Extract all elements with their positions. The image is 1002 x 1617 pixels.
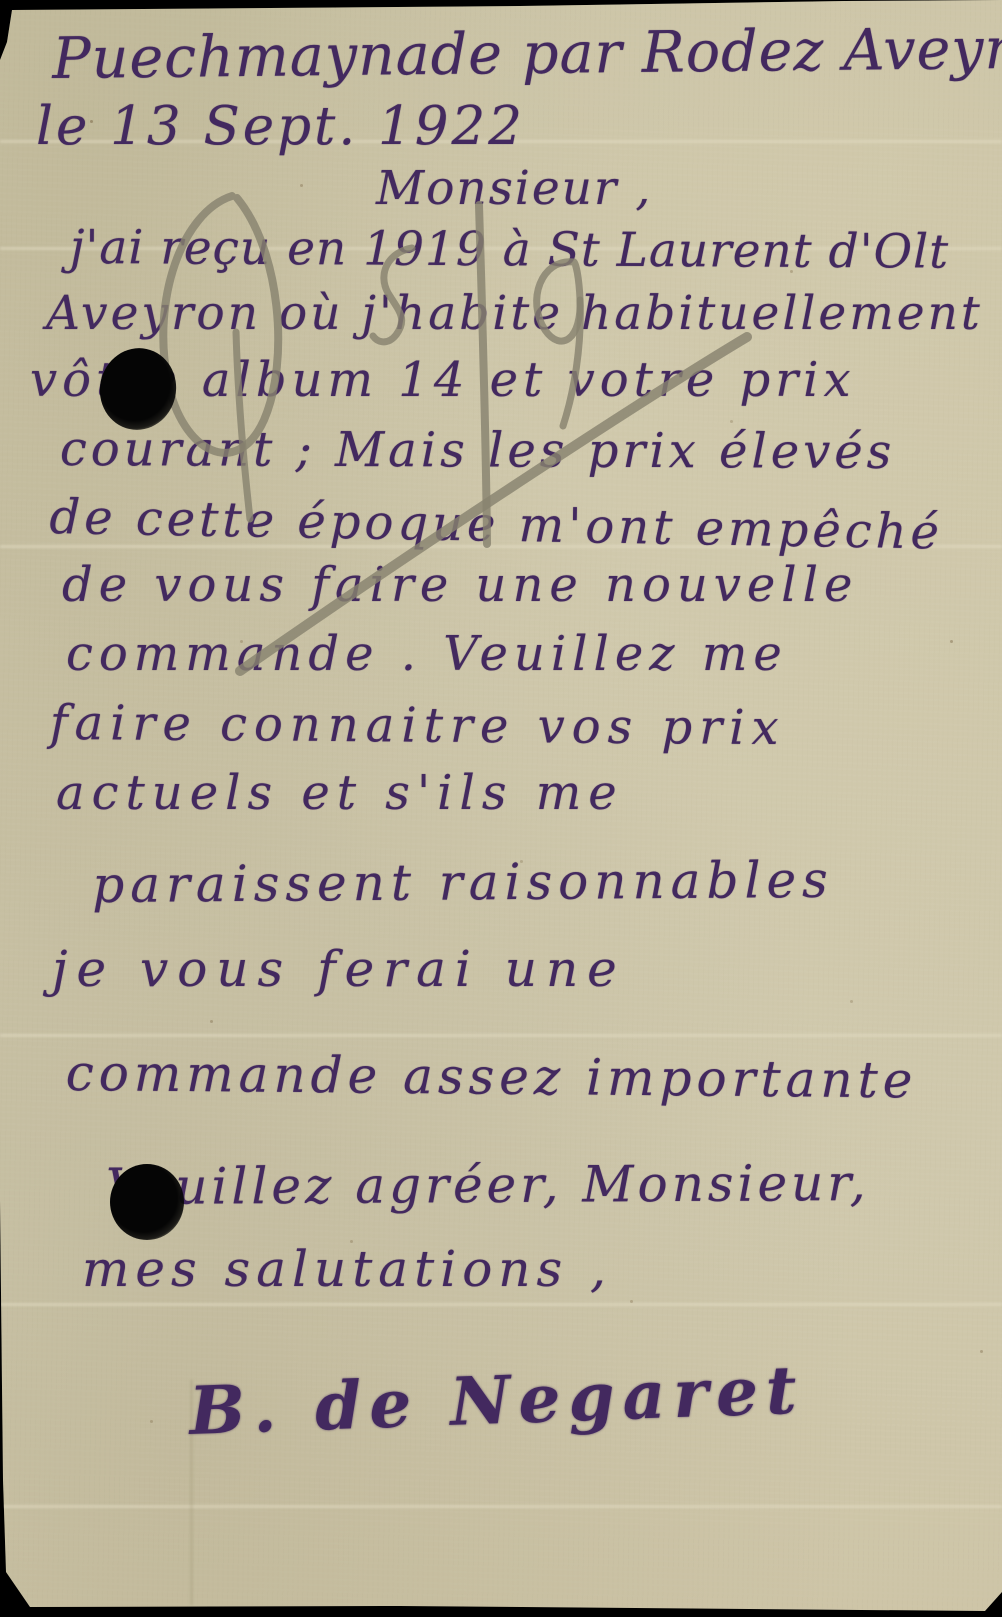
body-line: j'ai reçu en 1919 à St Laurent d'Olt [70, 220, 949, 280]
body-line: courant ; Mais les prix élevés [60, 421, 896, 480]
closing-line: Veuillez agréer, Monsieur, [106, 1154, 870, 1216]
body-line: commande assez importante [65, 1044, 917, 1109]
body-line: actuels et s'ils me [56, 765, 624, 821]
paper-crease [0, 1034, 1002, 1037]
postcard-paper: Puechmaynade par Rodez Aveyron le 13 Sep… [0, 0, 1002, 1617]
closing-line: mes salutations , [82, 1240, 612, 1298]
body-line: paraissent raisonnables [92, 851, 834, 914]
paper-crease [0, 1505, 1002, 1508]
scanned-postcard-page: { "page": { "background_color": "#000000… [0, 0, 1002, 1617]
salutation-line: Monsieur , [376, 161, 652, 216]
punch-hole [110, 1164, 184, 1240]
signature-line: B. de Negaret [188, 1351, 806, 1450]
body-line: Aveyron où j'habite habituellement [46, 286, 983, 341]
body-line: de vous faire une nouvelle [62, 557, 858, 613]
place-line: Puechmaynade par Rodez Aveyron [52, 15, 1002, 92]
body-line: je vous ferai une [52, 940, 626, 998]
body-line: de cette époque m'ont empêché [49, 489, 943, 561]
paper-crease [0, 1303, 1002, 1306]
body-line: commande . Veuillez me [66, 626, 788, 682]
body-line: faire connaitre vos prix [50, 695, 786, 756]
date-line: le 13 Sept. 1922 [36, 96, 525, 157]
